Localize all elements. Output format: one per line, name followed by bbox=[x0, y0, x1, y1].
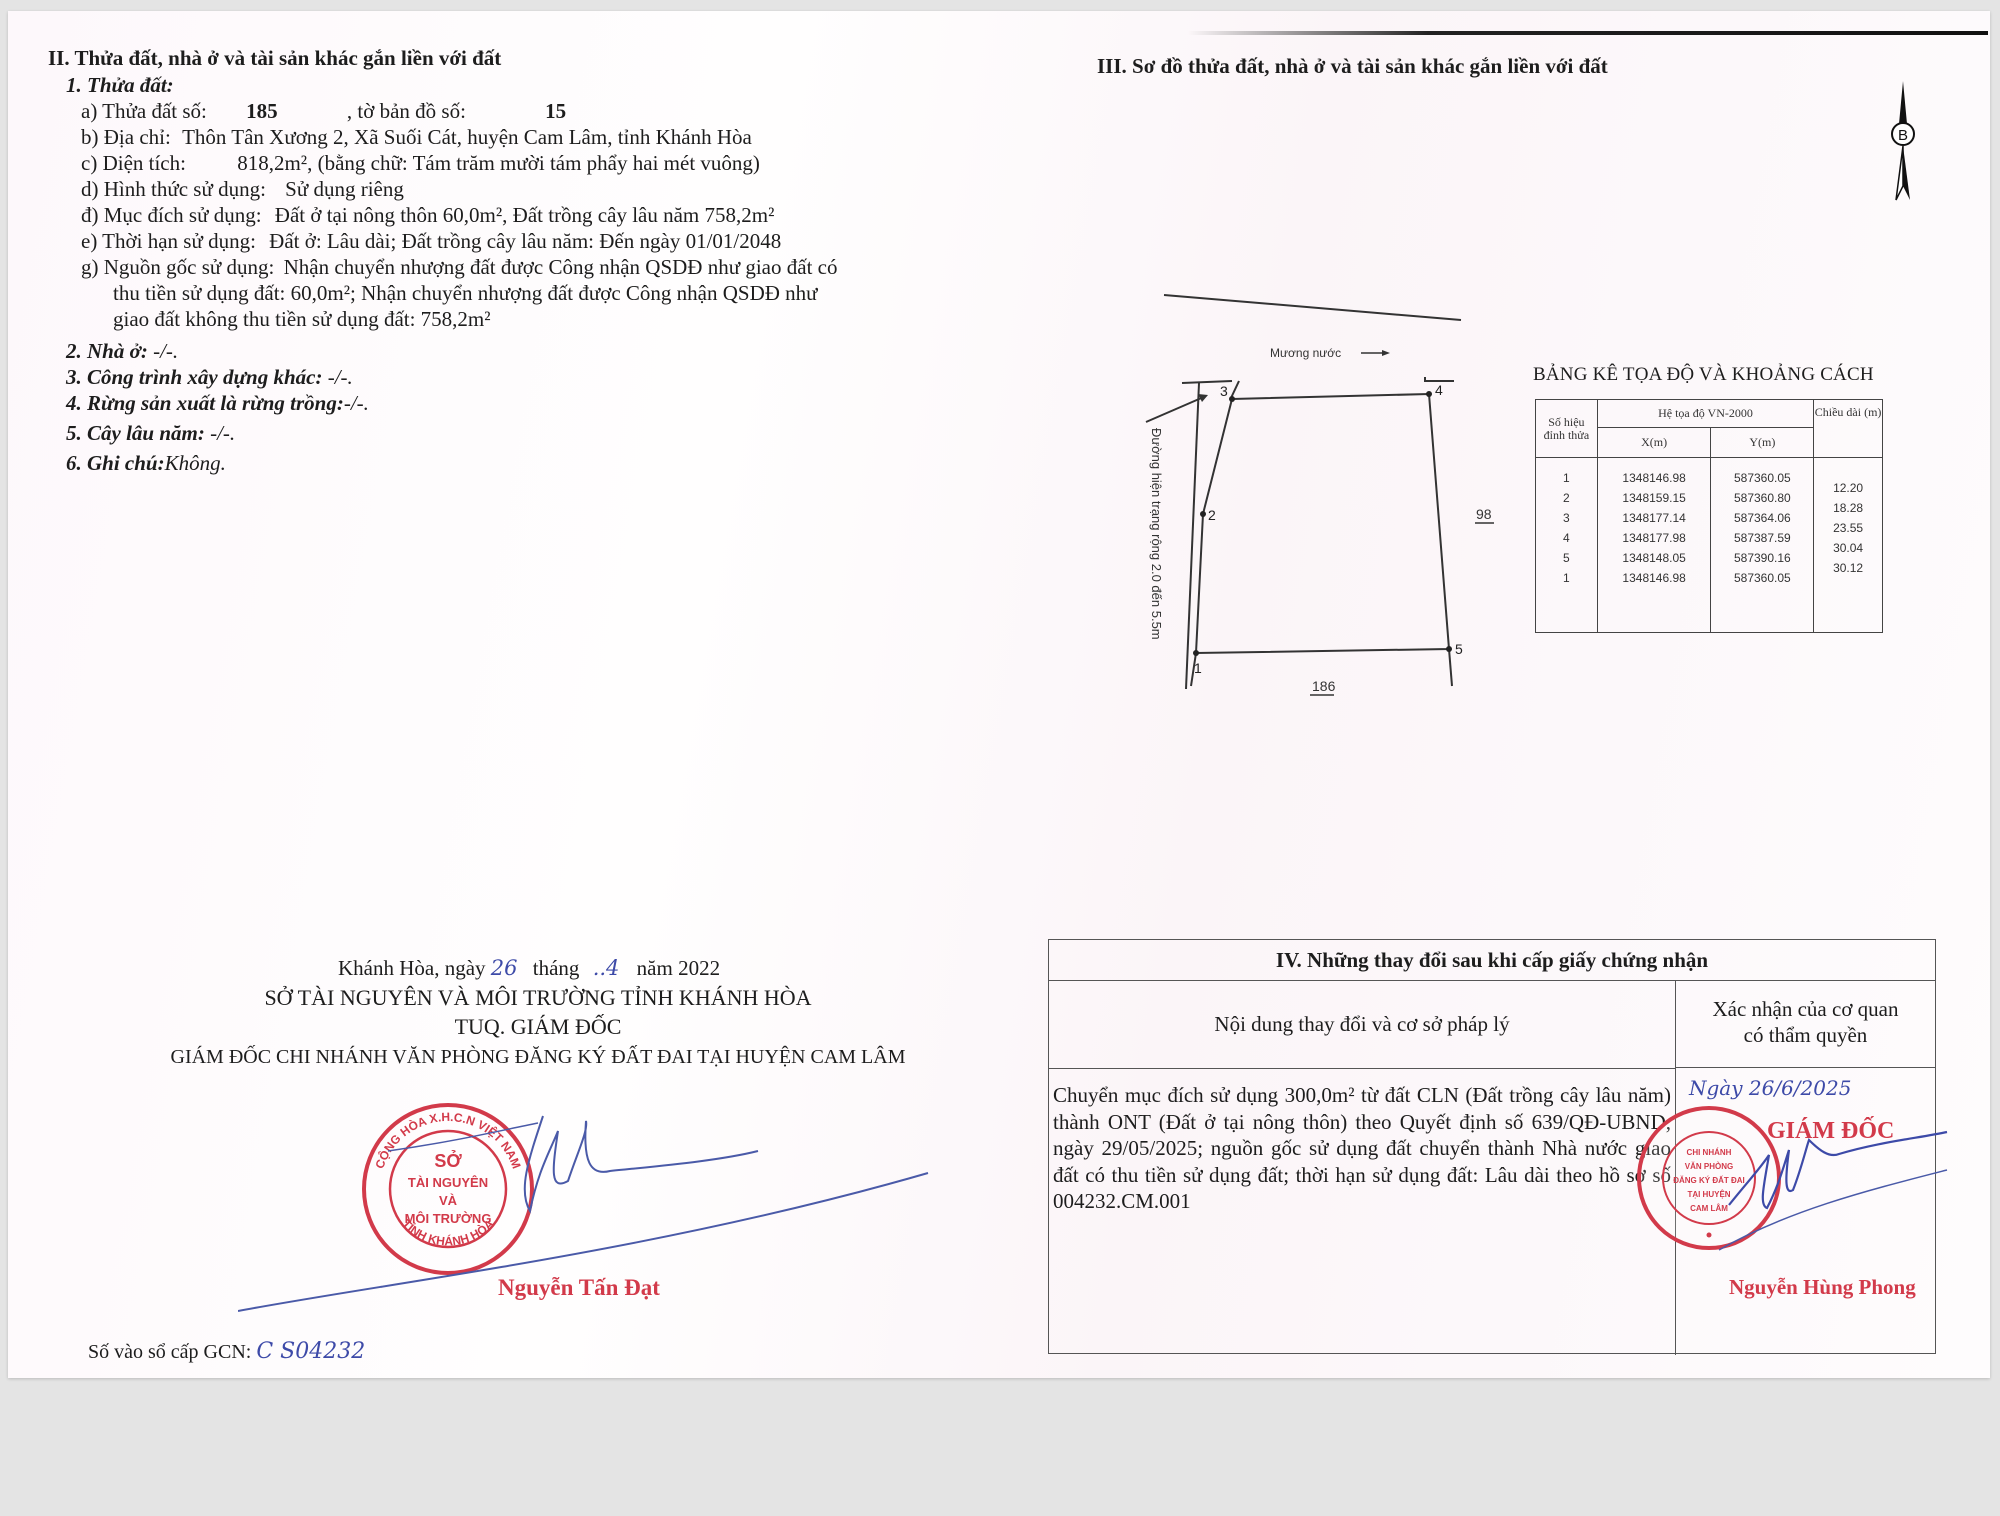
production-forest-label: 4. Rừng sản xuất là rừng trồng: bbox=[66, 391, 344, 415]
perennial-row: 5. Cây lâu năm: -/-. bbox=[66, 421, 235, 446]
gcn-row: Số vào sổ cấp GCN: C S04232 bbox=[88, 1339, 365, 1364]
term-value: Đất ở: Lâu dài; Đất trồng cây lâu năm: Đ… bbox=[269, 229, 781, 253]
certificate-page: II. Thửa đất, nhà ở và tài sản khác gắn … bbox=[8, 11, 1990, 1378]
col-confirm-line-2: có thẩm quyền bbox=[1676, 1022, 1935, 1048]
month-label: tháng bbox=[533, 956, 580, 980]
other-construction-row: 3. Công trình xây dựng khác: -/-. bbox=[66, 365, 353, 390]
purpose-value: Đất ở tại nông thôn 60,0m², Đất trồng câ… bbox=[275, 203, 775, 227]
col-y-header: Y(m) bbox=[1711, 428, 1814, 458]
origin-row: g) Nguồn gốc sử dụng: Nhận chuyển nhượng… bbox=[81, 255, 837, 280]
house-label: 2. Nhà ở: bbox=[66, 339, 148, 363]
perennial-label: 5. Cây lâu năm: bbox=[66, 421, 205, 445]
house-row: 2. Nhà ở: -/-. bbox=[66, 339, 178, 364]
area-label: c) Diện tích: bbox=[81, 151, 186, 175]
y-column: 587360.05587360.80587364.06587387.595873… bbox=[1711, 458, 1814, 633]
map-sheet-label: , tờ bản đồ số: bbox=[347, 99, 466, 123]
svg-text:Đường hiện trạng rộng 2.0 đến: Đường hiện trạng rộng 2.0 đến 5.5m bbox=[1149, 428, 1164, 640]
parcel-number: 185 bbox=[246, 99, 278, 123]
col-length-header: Chiều dài (m) bbox=[1814, 400, 1883, 458]
other-construction-value: -/-. bbox=[322, 365, 352, 389]
signer-name-left: Nguyễn Tấn Đạt bbox=[498, 1275, 660, 1301]
svg-text:1: 1 bbox=[1194, 660, 1202, 676]
signer-name-right: Nguyễn Hùng Phong bbox=[1729, 1275, 1916, 1300]
coord-table: Số hiệu đỉnh thửa Hệ tọa độ VN-2000 Chiề… bbox=[1535, 399, 1883, 633]
x-column: 1348146.981348159.151348177.141348177.98… bbox=[1597, 458, 1711, 633]
parcel-row: a) Thửa đất số: 185 , tờ bản đồ số: 15 bbox=[81, 99, 566, 124]
production-forest-value: -/-. bbox=[344, 391, 369, 415]
place-date: Khánh Hòa, ngày 26 tháng ..4 năm 2022 bbox=[338, 956, 720, 981]
address-value: Thôn Tân Xương 2, Xã Suối Cát, huyện Cam… bbox=[182, 125, 752, 149]
svg-text:98: 98 bbox=[1476, 506, 1492, 522]
note-row: 6. Ghi chú:Không. bbox=[66, 451, 226, 476]
svg-text:186: 186 bbox=[1312, 678, 1336, 694]
col-confirm-line-1: Xác nhận của cơ quan bbox=[1676, 996, 1935, 1022]
length-column: 12.2018.2823.5530.0430.12 bbox=[1814, 458, 1883, 633]
gcn-label: Số vào sổ cấp GCN: bbox=[88, 1341, 251, 1363]
svg-text:3: 3 bbox=[1220, 383, 1228, 399]
area-value: 818,2m², (bằng chữ: Tám trăm mười tám ph… bbox=[237, 151, 760, 175]
origin-line-2: thu tiền sử dụng đất: 60,0m²; Nhận chuyể… bbox=[113, 281, 818, 306]
signer-position: GIÁM ĐỐC CHI NHÁNH VĂN PHÒNG ĐĂNG KÝ ĐẤT… bbox=[8, 1046, 1068, 1069]
address-row: b) Địa chỉ: Thôn Tân Xương 2, Xã Suối Cá… bbox=[81, 125, 752, 150]
signature-left bbox=[238, 1111, 938, 1341]
production-forest-row: 4. Rừng sản xuất là rừng trồng:-/-. bbox=[66, 391, 369, 416]
col-confirm-header: Xác nhận của cơ quan có thẩm quyền bbox=[1675, 980, 1935, 1068]
col-x-header: X(m) bbox=[1597, 428, 1711, 458]
north-arrow-icon: B bbox=[1883, 76, 1923, 206]
month-handwritten: 4 bbox=[606, 956, 619, 980]
address-label: b) Địa chỉ: bbox=[81, 125, 171, 149]
term-row: e) Thời hạn sử dụng: Đất ở: Lâu dài; Đất… bbox=[81, 229, 781, 254]
other-construction-label: 3. Công trình xây dựng khác: bbox=[66, 365, 322, 389]
gcn-value: C S04232 bbox=[256, 1339, 365, 1364]
place-date-prefix: Khánh Hòa, ngày bbox=[338, 956, 486, 980]
svg-text:B: B bbox=[1898, 127, 1908, 144]
house-value: -/-. bbox=[148, 339, 178, 363]
origin-line-3: giao đất không thu tiền sử dụng đất: 758… bbox=[113, 307, 491, 332]
change-content: Chuyển mục đích sử dụng 300,0m² từ đất C… bbox=[1053, 1082, 1671, 1215]
svg-text:Mương nước: Mương nước bbox=[1270, 346, 1341, 360]
section-4-title: IV. Những thay đổi sau khi cấp giấy chứn… bbox=[1049, 940, 1935, 981]
note-label: 6. Ghi chú: bbox=[66, 451, 165, 475]
top-border-line bbox=[1188, 31, 1988, 35]
purpose-row: đ) Mục đích sử dụng: Đất ở tại nông thôn… bbox=[81, 203, 774, 228]
col-content-header: Nội dung thay đổi và cơ sở pháp lý bbox=[1049, 980, 1675, 1069]
usage-form-value: Sử dụng riêng bbox=[285, 177, 404, 201]
coord-table-title: BẢNG KÊ TỌA ĐỘ VÀ KHOẢNG CÁCH bbox=[1533, 364, 1874, 386]
purpose-label: đ) Mục đích sử dụng: bbox=[81, 203, 262, 227]
land-heading: 1. Thửa đất: bbox=[66, 73, 174, 98]
svg-text:4: 4 bbox=[1435, 382, 1443, 398]
parcel-diagram: 1 2 3 4 5 Mương nước 98 186 Đường hiện t… bbox=[1128, 281, 1528, 711]
section-3-title: III. Sơ đồ thửa đất, nhà ở và tài sản kh… bbox=[1097, 54, 1608, 79]
confirm-date-handwritten: Ngày 26/6/2025 bbox=[1689, 1076, 1851, 1100]
on-behalf-title: TUQ. GIÁM ĐỐC bbox=[8, 1014, 1068, 1040]
year-label: năm 2022 bbox=[637, 956, 720, 980]
origin-label: g) Nguồn gốc sử dụng: bbox=[81, 255, 274, 279]
svg-text:5: 5 bbox=[1455, 641, 1463, 657]
usage-form-label: d) Hình thức sử dụng: bbox=[81, 177, 266, 201]
agency-name: SỞ TÀI NGUYÊN VÀ MÔI TRƯỜNG TỈNH KHÁNH H… bbox=[8, 985, 1068, 1011]
section-4-table: IV. Những thay đổi sau khi cấp giấy chứn… bbox=[1048, 939, 1936, 1354]
col-vertex-header: Số hiệu đỉnh thửa bbox=[1536, 400, 1598, 458]
origin-line-1: Nhận chuyển nhượng đất được Công nhận QS… bbox=[284, 255, 838, 279]
note-value: Không. bbox=[165, 451, 226, 475]
section-2-title: II. Thửa đất, nhà ở và tài sản khác gắn … bbox=[48, 46, 501, 71]
parcel-label: a) Thửa đất số: bbox=[81, 99, 207, 123]
map-sheet-number: 15 bbox=[545, 99, 566, 123]
col-system-header: Hệ tọa độ VN-2000 bbox=[1597, 400, 1813, 428]
area-row: c) Diện tích: 818,2m², (bằng chữ: Tám tr… bbox=[81, 151, 760, 176]
term-label: e) Thời hạn sử dụng: bbox=[81, 229, 256, 253]
vertex-column: 123451 bbox=[1536, 458, 1598, 633]
usage-form-row: d) Hình thức sử dụng: Sử dụng riêng bbox=[81, 177, 404, 202]
perennial-value: -/-. bbox=[205, 421, 235, 445]
signature-right bbox=[1689, 1110, 1949, 1260]
svg-text:2: 2 bbox=[1208, 507, 1216, 523]
day-handwritten: 26 bbox=[491, 956, 518, 980]
